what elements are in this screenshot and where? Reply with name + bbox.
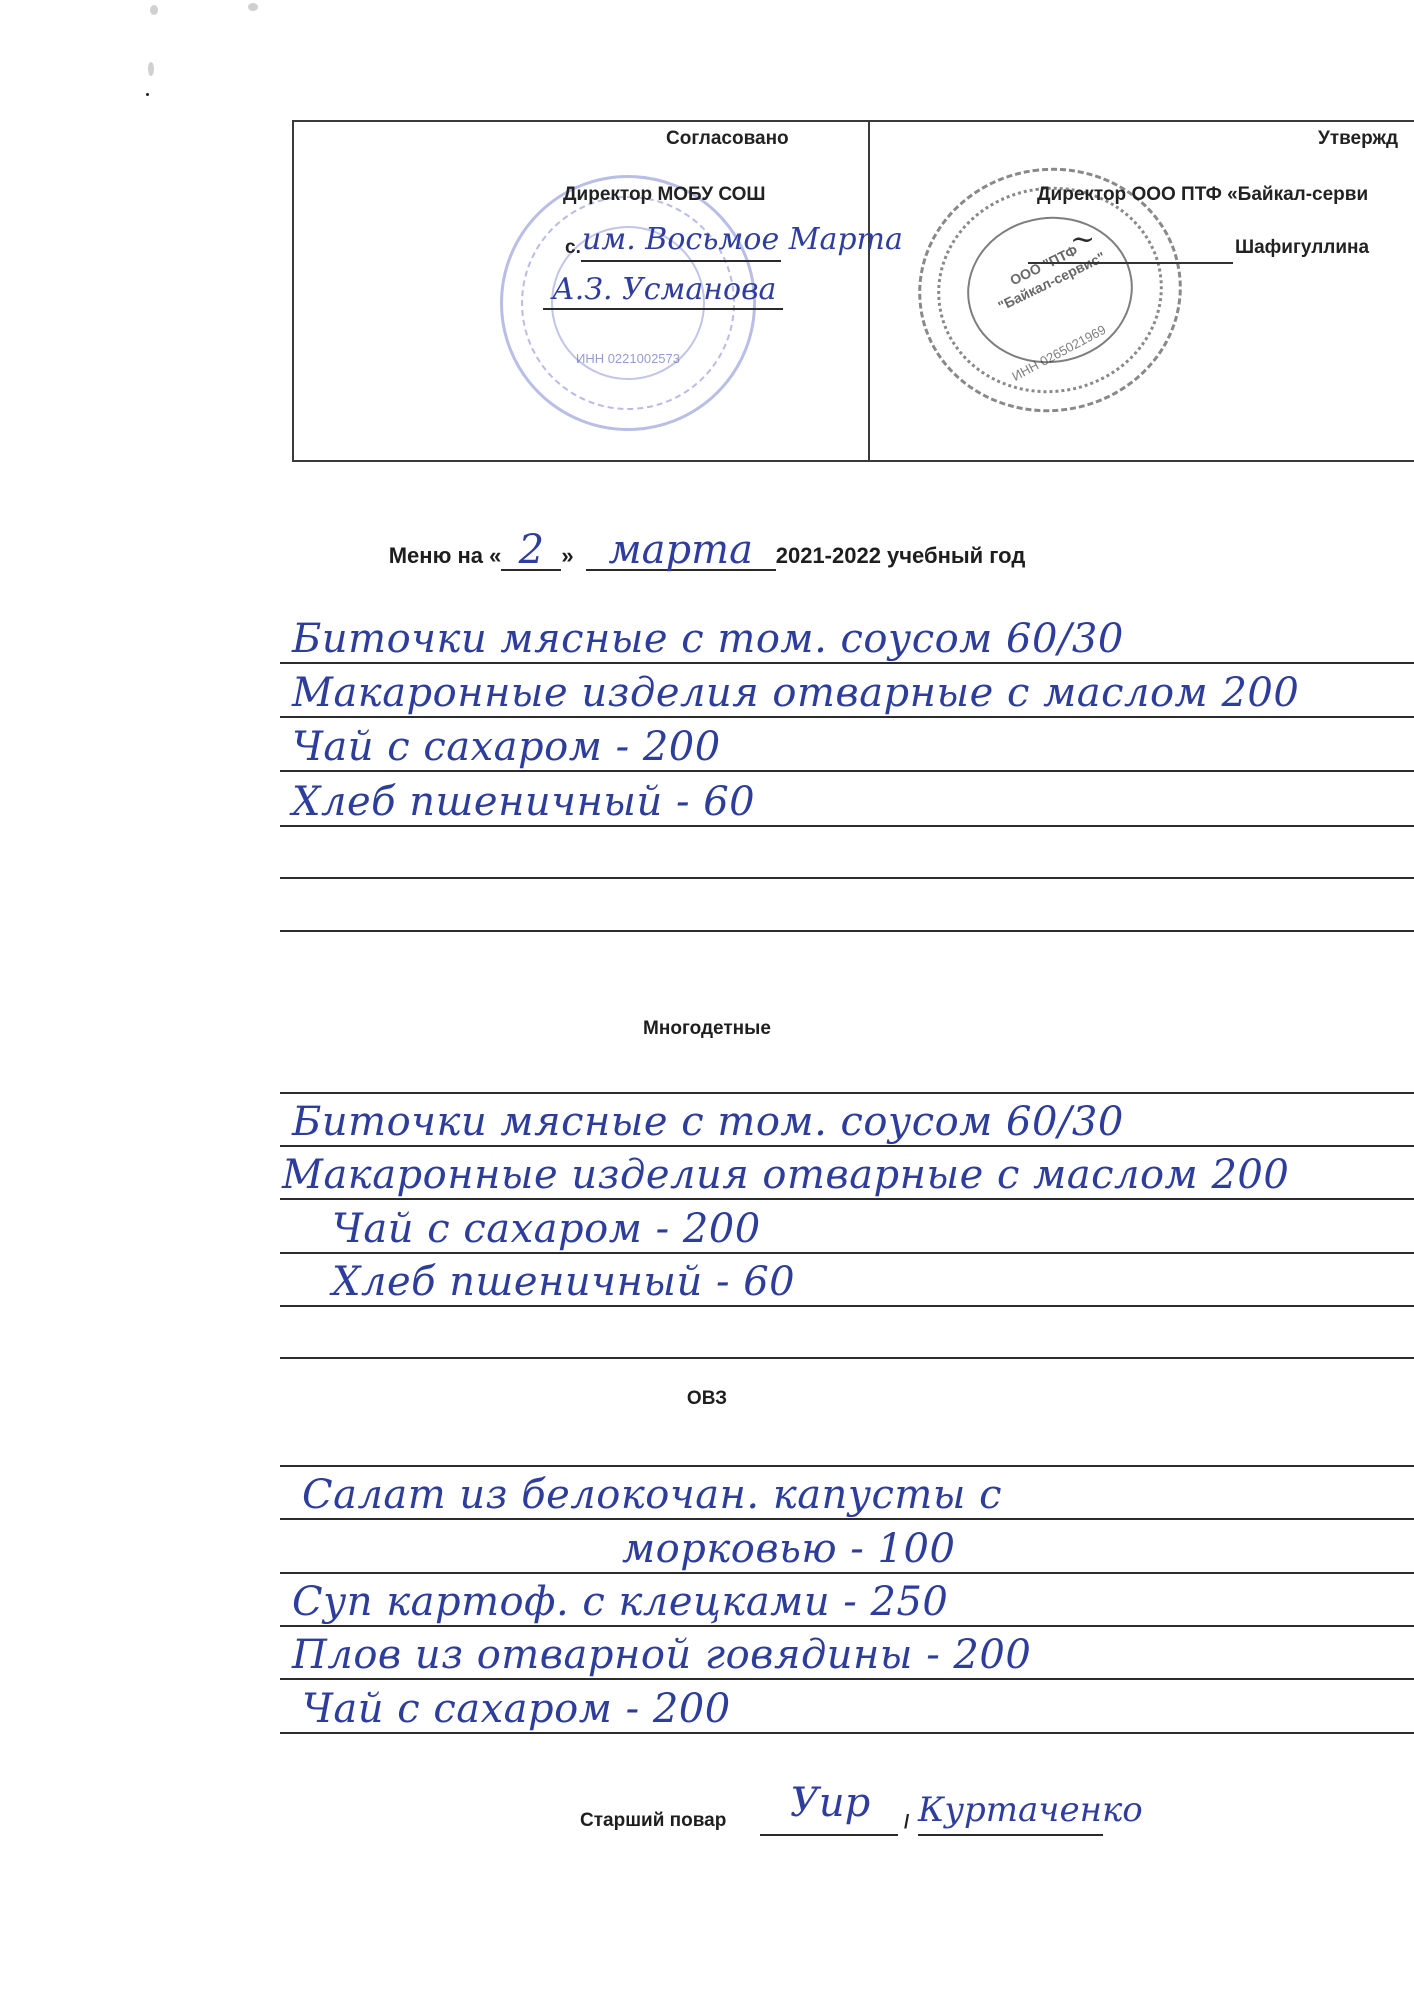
company-director-position: Директор ООО ПТФ «Байкал-серви (1037, 184, 1368, 206)
ruled-line (280, 1198, 1414, 1200)
section-title-large-families: Многодетные (0, 1018, 1414, 1040)
ruled-line (280, 1732, 1414, 1734)
menu-item: Макаронные изделия отварные с маслом 200 (282, 1152, 1289, 1198)
ruled-line (280, 716, 1414, 718)
menu-item: морковью - 100 (622, 1526, 955, 1572)
scan-speck (248, 3, 258, 11)
menu-item: Плов из отварной говядины - 200 (292, 1632, 1031, 1678)
senior-cook-name-line (918, 1834, 1103, 1836)
scan-speck (146, 93, 149, 96)
date-month-field: марта (586, 535, 776, 571)
company-signature-underline (1028, 262, 1233, 264)
ruled-line (280, 1572, 1414, 1574)
ruled-line (280, 1305, 1414, 1307)
ruled-line (280, 825, 1414, 827)
ruled-line (280, 770, 1414, 772)
menu-item: Биточки мясные с том. соусом 60/30 (292, 1099, 1124, 1145)
senior-cook-name: Куртаченко (918, 1790, 1143, 1830)
menu-item: Салат из белокочан. капусты с (302, 1472, 1002, 1518)
approved-heading: Утвержд (1318, 128, 1398, 150)
ruled-line (280, 1625, 1414, 1627)
menu-document: ИНН 0221002573 Согласовано Директор МОБУ… (0, 0, 1414, 2000)
ruled-line (280, 1145, 1414, 1147)
senior-cook-signature: Уир (790, 1780, 870, 1826)
menu-title: Меню на «2» марта2021-2022 учебный год (0, 535, 1414, 571)
ruled-line (280, 1092, 1414, 1094)
ruled-line (280, 1518, 1414, 1520)
village-underline (581, 260, 781, 262)
menu-item: Суп картоф. с клецками - 250 (292, 1579, 948, 1625)
school-director-signature: А.З. Усманова (552, 272, 776, 307)
signature-separator: / (904, 1812, 909, 1834)
menu-item: Чай с сахаром - 200 (292, 724, 721, 770)
ruled-line (280, 877, 1414, 879)
menu-item: Чай с сахаром - 200 (332, 1206, 761, 1252)
ruled-line (280, 1357, 1414, 1359)
senior-cook-label: Старший повар (580, 1810, 726, 1832)
ruled-line (280, 1678, 1414, 1680)
scan-speck (148, 62, 154, 76)
company-director-signature: ~ (1070, 222, 1095, 257)
date-day-field: 2 (501, 535, 561, 571)
agreed-heading: Согласовано (666, 128, 789, 150)
section-title-ovz: ОВЗ (0, 1388, 1414, 1410)
signature-underline (543, 308, 783, 310)
company-signatory-name: Шафигуллина (1235, 237, 1369, 259)
village-name-handwritten: им. Восьмое Марта (582, 222, 903, 257)
approval-table (292, 120, 1414, 462)
menu-item: Хлеб пшеничный - 60 (332, 1259, 795, 1305)
menu-item: Чай с сахаром - 200 (302, 1686, 731, 1732)
school-director-position: Директор МОБУ СОШ (563, 184, 765, 206)
menu-item: Макаронные изделия отварные с маслом 200 (292, 670, 1299, 716)
ruled-line (280, 662, 1414, 664)
ruled-line (280, 1252, 1414, 1254)
scan-speck (150, 5, 158, 15)
ruled-line (280, 930, 1414, 932)
senior-cook-signature-line (760, 1834, 898, 1836)
menu-item: Биточки мясные с том. соусом 60/30 (292, 616, 1124, 662)
village-prefix: с. (565, 237, 581, 259)
approval-table-divider (868, 120, 870, 462)
ruled-line (280, 1465, 1414, 1467)
menu-item: Хлеб пшеничный - 60 (292, 779, 755, 825)
